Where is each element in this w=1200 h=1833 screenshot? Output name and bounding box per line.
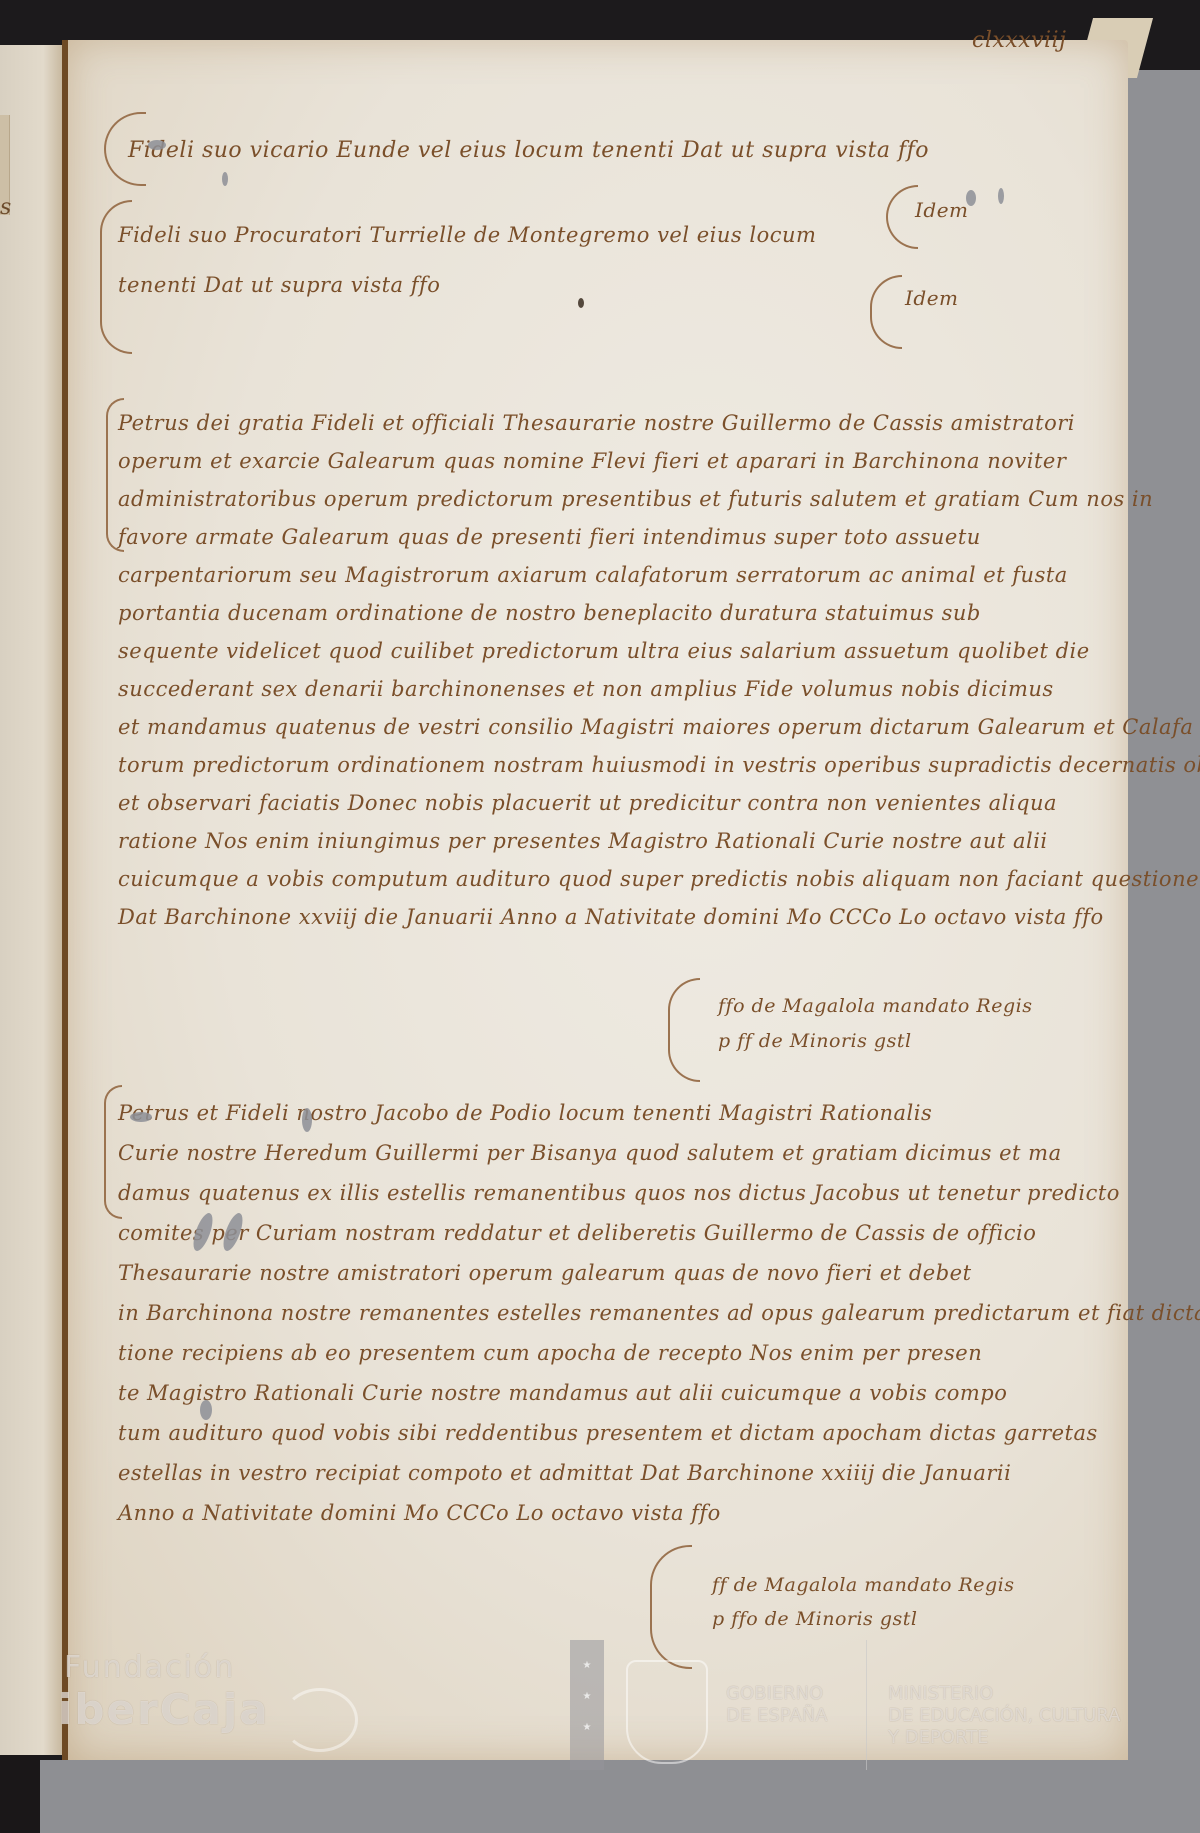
header-entry-2-line: Fideli suo Procuratori Turrielle de Mont… — [118, 222, 816, 248]
ministerio-watermark: MINISTERIO DE EDUCACIÓN, CULTURA Y DEPOR… — [888, 1683, 1120, 1749]
star-icon: ★ — [570, 1722, 604, 1733]
paragraph-line: carpentariorum seu Magistrorum axiarum c… — [118, 562, 1068, 588]
paragraph-line: Anno a Nativitate domini Mo CCCo Lo octa… — [118, 1500, 721, 1526]
wax-blot — [200, 1400, 212, 1420]
paragraph-line: tione recipiens ab eo presentem cum apoc… — [118, 1340, 982, 1366]
paragraph-line: estellas in vestro recipiat compoto et a… — [118, 1460, 1011, 1486]
paragraph-line: damus quatenus ex illis estellis remanen… — [118, 1180, 1120, 1206]
paragraph-line: tum audituro quod vobis sibi reddentibus… — [118, 1420, 1098, 1446]
gobierno-line: DE ESPAÑA — [726, 1705, 828, 1727]
paragraph-line: te Magistro Rationali Curie nostre manda… — [118, 1380, 1007, 1406]
wax-blot — [222, 172, 228, 186]
paragraph-line: portantia ducenam ordinatione de nostro … — [118, 600, 981, 626]
paragraph-line: ratione Nos enim iniungimus per presente… — [118, 828, 1048, 854]
wax-blot — [998, 188, 1004, 204]
signature-line: p ff de Minoris gstl — [718, 1030, 912, 1052]
gobierno-line: GOBIERNO — [726, 1683, 828, 1705]
star-icon: ★ — [570, 1691, 604, 1702]
signature-bracket — [650, 1545, 692, 1669]
facing-page-fragment: s — [0, 195, 12, 220]
paragraph-line: comites per Curiam nostram reddatur et d… — [118, 1220, 1036, 1246]
paragraph-line: administratoribus operum predictorum pre… — [118, 486, 1153, 512]
paragraph-line: favore armate Galearum quas de presenti … — [118, 524, 981, 550]
spain-flag-bar-icon: ★ ★ ★ — [570, 1640, 604, 1770]
header-entry-2-line: tenenti Dat ut supra vista ffo — [118, 272, 440, 298]
paragraph-line: Petrus dei gratia Fideli et officiali Th… — [118, 410, 1075, 436]
paragraph-line: Dat Barchinone xxviij die Januarii Anno … — [118, 904, 1104, 930]
paragraph-line: in Barchinona nostre remanentes estelles… — [118, 1300, 1200, 1326]
wax-blot — [148, 140, 166, 150]
wax-blot — [966, 190, 976, 206]
ministerio-line: DE EDUCACIÓN, CULTURA — [888, 1705, 1120, 1727]
coat-of-arms-icon — [626, 1660, 708, 1764]
header-entry-1-line: Fideli suo vicario Eunde vel eius locum … — [128, 138, 929, 164]
gobierno-watermark: GOBIERNO DE ESPAÑA — [726, 1683, 828, 1727]
bottom-support-board — [40, 1760, 1200, 1833]
ministerio-line: Y DEPORTE — [888, 1727, 1120, 1749]
folio-number: clxxxviij — [972, 28, 1066, 53]
grey-support-board — [1120, 70, 1200, 1833]
dark-corner — [0, 1750, 40, 1833]
margin-note-idem: Idem — [915, 198, 969, 222]
paragraph-line: Petrus et Fideli nostro Jacobo de Podio … — [118, 1100, 932, 1126]
paragraph-line: et mandamus quatenus de vestri consilio … — [118, 714, 1193, 740]
paragraph-line: Curie nostre Heredum Guillermi per Bisan… — [118, 1140, 1062, 1166]
wax-blot — [578, 298, 584, 308]
signature-line: ffo de Magalola mandato Regis — [718, 995, 1032, 1017]
paragraph-line: operum et exarcie Galearum quas nomine F… — [118, 448, 1066, 474]
fundacion-watermark: Fundación — [64, 1650, 235, 1685]
paragraph-line: sequente videlicet quod cuilibet predict… — [118, 638, 1090, 664]
watermark-divider — [866, 1640, 867, 1770]
facing-page-edge: s — [0, 45, 62, 1755]
paragraph-line: Thesaurarie nostre amistratori operum ga… — [118, 1260, 972, 1286]
paragraph-line: et observari faciatis Donec nobis placue… — [118, 790, 1057, 816]
signature-line: p ffo de Minoris gstl — [712, 1608, 917, 1630]
margin-note-idem: Idem — [905, 286, 959, 310]
paragraph-line: torum predictorum ordinationem nostram h… — [118, 752, 1200, 778]
wax-blot — [302, 1108, 312, 1132]
ministerio-line: MINISTERIO — [888, 1683, 1120, 1705]
paragraph-line: cuicumque a vobis computum audituro quod… — [118, 866, 1200, 892]
star-icon: ★ — [570, 1660, 604, 1671]
signature-line: ff de Magalola mandato Regis — [712, 1574, 1015, 1596]
signature-bracket — [668, 978, 700, 1082]
wax-blot — [130, 1112, 152, 1122]
ibercaja-watermark: iberCaja — [58, 1685, 270, 1734]
ibercaja-logo-icon — [282, 1688, 358, 1752]
paragraph-line: succederant sex denarii barchinonenses e… — [118, 676, 1054, 702]
